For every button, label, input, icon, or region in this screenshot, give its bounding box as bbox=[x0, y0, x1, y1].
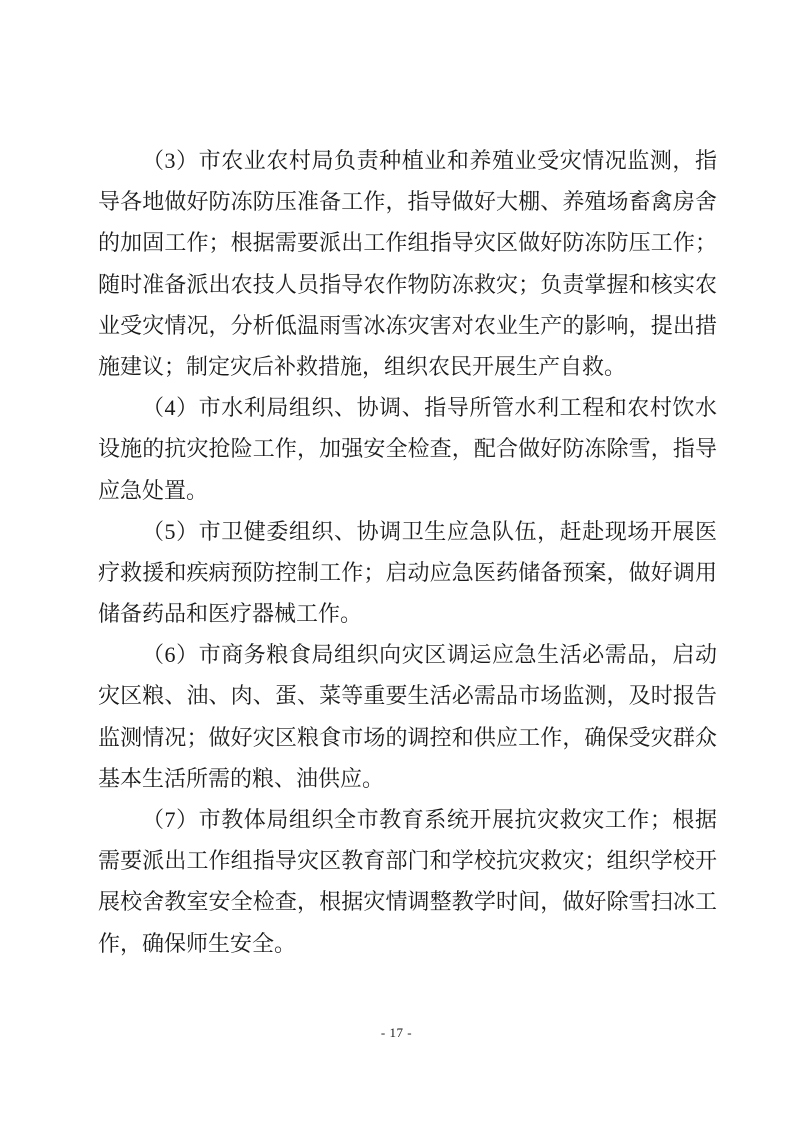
paragraph-item-3: （3）市农业农村局负责种植业和养殖业受灾情况监测，指 导各地做好防冻防压准备工作… bbox=[98, 140, 717, 387]
text-line: 作，确保师生安全。 bbox=[98, 923, 717, 964]
text-line: 灾区粮、油、肉、蛋、菜等重要生活必需品市场监测，及时报告 bbox=[98, 675, 717, 716]
text-line: 基本生活所需的粮、油供应。 bbox=[98, 758, 717, 799]
text-line: 随时准备派出农技人员指导农作物防冻救灾；负责掌握和核实农 bbox=[98, 264, 717, 305]
text-line: 需要派出工作组指导灾区教育部门和学校抗灾救灾；组织学校开 bbox=[98, 840, 717, 881]
page-footer: - 17 - bbox=[0, 1026, 793, 1040]
text-line: 疗救援和疾病预防控制工作；启动应急医药储备预案，做好调用 bbox=[98, 552, 717, 593]
text-line: 应急处置。 bbox=[98, 470, 717, 511]
text-line: 业受灾情况，分析低温雨雪冰冻灾害对农业生产的影响，提出措 bbox=[98, 305, 717, 346]
text-line: 的加固工作；根据需要派出工作组指导灾区做好防冻防压工作； bbox=[98, 222, 717, 263]
document-body: （3）市农业农村局负责种植业和养殖业受灾情况监测，指 导各地做好防冻防压准备工作… bbox=[98, 140, 717, 964]
text-line: 展校舍教室安全检查，根据灾情调整教学时间，做好除雪扫冰工 bbox=[98, 881, 717, 922]
text-line: 导各地做好防冻防压准备工作，指导做好大棚、养殖场畜禽房舍 bbox=[98, 181, 717, 222]
text-line: （6）市商务粮食局组织向灾区调运应急生活必需品，启动 bbox=[98, 634, 717, 675]
text-line: （7）市教体局组织全市教育系统开展抗灾救灾工作；根据 bbox=[98, 799, 717, 840]
paragraph-item-4: （4）市水利局组织、协调、指导所管水利工程和农村饮水 设施的抗灾抢险工作，加强安… bbox=[98, 387, 717, 511]
text-line: 储备药品和医疗器械工作。 bbox=[98, 593, 717, 634]
paragraph-item-5: （5）市卫健委组织、协调卫生应急队伍，赶赴现场开展医 疗救援和疾病预防控制工作；… bbox=[98, 511, 717, 635]
text-line: 设施的抗灾抢险工作，加强安全检查，配合做好防冻除雪，指导 bbox=[98, 428, 717, 469]
text-line: （3）市农业农村局负责种植业和养殖业受灾情况监测，指 bbox=[98, 140, 717, 181]
paragraph-item-7: （7）市教体局组织全市教育系统开展抗灾救灾工作；根据 需要派出工作组指导灾区教育… bbox=[98, 799, 717, 964]
text-line: （4）市水利局组织、协调、指导所管水利工程和农村饮水 bbox=[98, 387, 717, 428]
page-number: - 17 - bbox=[381, 1025, 412, 1040]
text-line: 施建议；制定灾后补救措施，组织农民开展生产自救。 bbox=[98, 346, 717, 387]
text-line: 监测情况；做好灾区粮食市场的调控和供应工作，确保受灾群众 bbox=[98, 717, 717, 758]
text-line: （5）市卫健委组织、协调卫生应急队伍，赶赴现场开展医 bbox=[98, 511, 717, 552]
paragraph-item-6: （6）市商务粮食局组织向灾区调运应急生活必需品，启动 灾区粮、油、肉、蛋、菜等重… bbox=[98, 634, 717, 799]
document-page: （3）市农业农村局负责种植业和养殖业受灾情况监测，指 导各地做好防冻防压准备工作… bbox=[0, 0, 793, 1121]
